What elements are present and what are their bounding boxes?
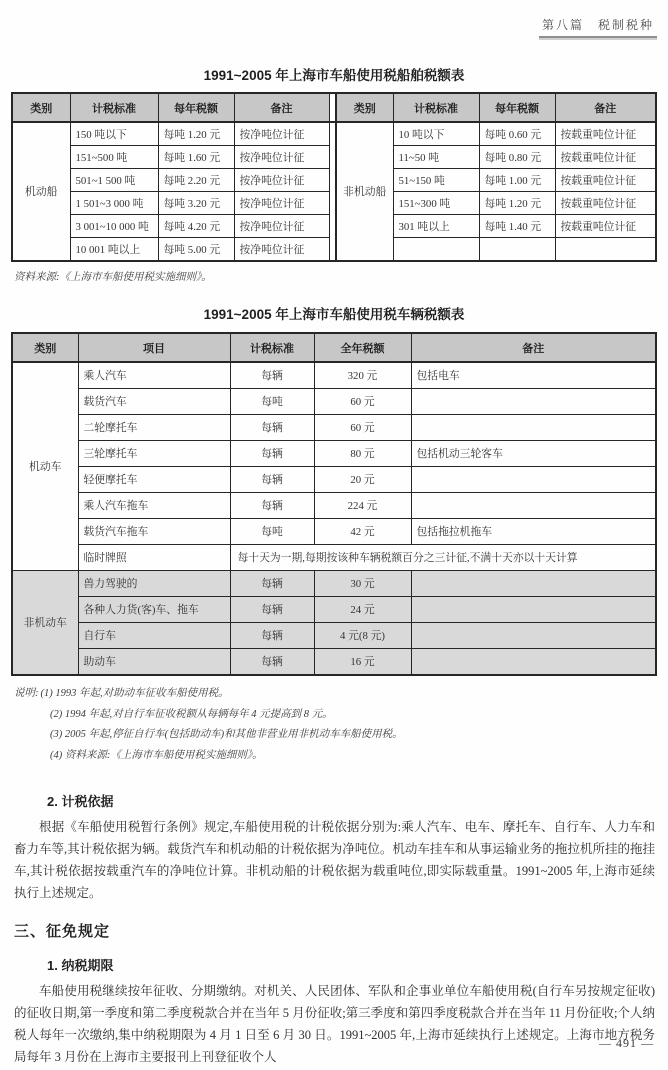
table-cell: 每吨 4.20 元 [158, 215, 234, 238]
table-cell: 包括电车 [411, 362, 656, 389]
table-cell: 轻便摩托车 [78, 467, 230, 493]
table-cell: 每吨 [230, 389, 314, 415]
table-cell: 320 元 [314, 362, 411, 389]
table-cell: 包括机动三轮客车 [411, 441, 656, 467]
table-cell: 每辆 [230, 597, 314, 623]
vehicle-table-header-row: 类别 项目 计税标准 全年税额 备注 [12, 333, 656, 362]
header-cell: 计税标准 [70, 93, 158, 122]
table-row: 轻便摩托车 每辆 20 元 [12, 467, 656, 493]
table-cell: 4 元(8 元) [314, 623, 411, 649]
header-cell: 计税标准 [393, 93, 479, 122]
table-cell: 3 001~10 000 吨 [70, 215, 158, 238]
section-label: 第八篇 税制税种 [539, 16, 657, 36]
table-cell: 兽力驾驶的 [78, 571, 230, 597]
header-cell: 备注 [555, 93, 656, 122]
table-cell: 501~1 500 吨 [70, 169, 158, 192]
table-cell [393, 238, 479, 262]
table-cell: 每辆 [230, 493, 314, 519]
table-cell: 11~50 吨 [393, 146, 479, 169]
table-cell: 包括拖拉机拖车 [411, 519, 656, 545]
table-cell: 按净吨位计征 [234, 215, 329, 238]
tax-basis-heading: 2. 计税依据 [47, 791, 657, 810]
table-row: 自行车 每辆 4 元(8 元) [12, 623, 656, 649]
table-cell: 临时牌照 [78, 545, 230, 571]
exemption-section-heading: 三、征免规定 [14, 920, 657, 941]
note-line: (2) 1994 年起,对自行车征收税额从每辆每年 4 元提高到 8 元。 [50, 705, 657, 726]
table-cell: 151~300 吨 [393, 192, 479, 215]
table-cell: 每吨 [230, 519, 314, 545]
table-cell: 按载重吨位计征 [555, 122, 656, 146]
table-cell: 载货汽车拖车 [78, 519, 230, 545]
table-cell: 载货汽车 [78, 389, 230, 415]
table-cell: 每辆 [230, 623, 314, 649]
table-cell: 乘人汽车 [78, 362, 230, 389]
notes-label: 说明: [14, 688, 41, 699]
table-divider [329, 122, 336, 261]
table-cell: 每吨 0.60 元 [479, 122, 555, 146]
header-cell: 每年税额 [479, 93, 555, 122]
table-cell: 二轮摩托车 [78, 415, 230, 441]
table-cell: 30 元 [314, 571, 411, 597]
category-cell: 非机动车 [12, 571, 78, 676]
header-cell: 每年税额 [158, 93, 234, 122]
table-cell: 按载重吨位计征 [555, 169, 656, 192]
table-cell: 乘人汽车拖车 [78, 493, 230, 519]
table-row: 三轮摩托车 每辆 80 元 包括机动三轮客车 [12, 441, 656, 467]
table-row: 载货汽车 每吨 60 元 [12, 389, 656, 415]
table-cell: 按净吨位计征 [234, 238, 329, 262]
table-row: 临时牌照 每十天为一期,每期按该种车辆税额百分之三计征,不满十天亦以十天计算 [12, 545, 656, 571]
table-notes: 说明:(1) 1993 年起,对助动车征收车船使用税。 (2) 1994 年起,… [14, 684, 657, 766]
vehicle-table-title: 1991~2005 年上海市车船使用税车辆税额表 [11, 303, 657, 323]
document-page: 第八篇 税制税种 1991~2005 年上海市车船使用税船舶税额表 类别 计税标… [0, 0, 668, 1070]
header-cell: 类别 [12, 333, 78, 362]
tax-period-paragraph: 车船使用税继续按年征收、分期缴纳。对机关、人民团体、军队和企事业单位车船使用税(… [14, 980, 655, 1068]
table-cell: 每吨 2.20 元 [158, 169, 234, 192]
category-cell: 非机动船 [336, 122, 393, 261]
table-cell: 1 501~3 000 吨 [70, 192, 158, 215]
table-row: 机动车 乘人汽车 每辆 320 元 包括电车 [12, 362, 656, 389]
table-cell: 自行车 [78, 623, 230, 649]
tax-basis-paragraph: 根据《车船使用税暂行条例》规定,车船使用税的计税依据分别为:乘人汽车、电车、摩托… [14, 816, 655, 904]
table-cell: 80 元 [314, 441, 411, 467]
table-cell: 每辆 [230, 649, 314, 676]
table-row: 二轮摩托车 每辆 60 元 [12, 415, 656, 441]
table-row: 载货汽车拖车 每吨 42 元 包括拖拉机拖车 [12, 519, 656, 545]
table-cell: 42 元 [314, 519, 411, 545]
table-cell: 每吨 5.00 元 [158, 238, 234, 262]
table-cell [411, 389, 656, 415]
table-cell: 51~150 吨 [393, 169, 479, 192]
table-cell: 按净吨位计征 [234, 122, 329, 146]
table-cell: 三轮摩托车 [78, 441, 230, 467]
vehicle-tax-table: 类别 项目 计税标准 全年税额 备注 机动车 乘人汽车 每辆 320 元 包括电… [11, 332, 657, 676]
header-cell: 项目 [78, 333, 230, 362]
table-cell: 按载重吨位计征 [555, 146, 656, 169]
table-cell [411, 623, 656, 649]
table-cell: 按载重吨位计征 [555, 192, 656, 215]
table-row: 机动船 150 吨以下 每吨 1.20 元 按净吨位计征 非机动船 10 吨以下… [12, 122, 656, 146]
table-cell: 每十天为一期,每期按该种车辆税额百分之三计征,不满十天亦以十天计算 [230, 545, 656, 571]
category-cell: 机动车 [12, 362, 78, 571]
table-cell: 16 元 [314, 649, 411, 676]
ship-tax-table: 类别 计税标准 每年税额 备注 类别 计税标准 每年税额 备注 机动船 150 … [11, 92, 657, 262]
header-cell: 备注 [411, 333, 656, 362]
table-cell: 24 元 [314, 597, 411, 623]
table-cell [479, 238, 555, 262]
table-cell: 每辆 [230, 415, 314, 441]
table-cell: 每吨 0.80 元 [479, 146, 555, 169]
table-cell: 224 元 [314, 493, 411, 519]
table-cell: 按载重吨位计征 [555, 215, 656, 238]
table-cell: 每吨 3.20 元 [158, 192, 234, 215]
table-cell [411, 597, 656, 623]
note-item: (1) 1993 年起,对助动车征收车船使用税。 [41, 688, 229, 699]
table-row: 非机动车 兽力驾驶的 每辆 30 元 [12, 571, 656, 597]
table-cell: 10 001 吨以上 [70, 238, 158, 262]
table-row: 助动车 每辆 16 元 [12, 649, 656, 676]
table-cell: 按净吨位计征 [234, 169, 329, 192]
table-cell: 每吨 1.20 元 [158, 122, 234, 146]
tax-period-heading: 1. 纳税期限 [47, 955, 657, 974]
table-cell: 10 吨以下 [393, 122, 479, 146]
table-cell [411, 571, 656, 597]
header-cell: 类别 [12, 93, 70, 122]
table-cell: 每辆 [230, 467, 314, 493]
table-cell [411, 415, 656, 441]
header-cell: 计税标准 [230, 333, 314, 362]
table-cell: 每吨 1.00 元 [479, 169, 555, 192]
category-cell: 机动船 [12, 122, 70, 261]
table-cell: 每辆 [230, 362, 314, 389]
page-number: — 491 — [599, 1036, 654, 1051]
note-line: (3) 2005 年起,停征自行车(包括助动车)和其他非营业用非机动车车船使用税… [50, 725, 657, 746]
table-cell: 151~500 吨 [70, 146, 158, 169]
table-cell: 每吨 1.60 元 [158, 146, 234, 169]
source-note: 资料来源:《上海市车船使用税实施细则》。 [14, 269, 657, 284]
table-cell: 每辆 [230, 571, 314, 597]
table-cell: 各种人力货(客)车、拖车 [78, 597, 230, 623]
table-cell: 按净吨位计征 [234, 192, 329, 215]
table-row: 乘人汽车拖车 每辆 224 元 [12, 493, 656, 519]
table-cell: 301 吨以上 [393, 215, 479, 238]
header-cell: 备注 [234, 93, 329, 122]
ship-table-header-row: 类别 计税标准 每年税额 备注 类别 计税标准 每年税额 备注 [12, 93, 656, 122]
table-cell: 60 元 [314, 415, 411, 441]
table-divider [329, 93, 336, 122]
table-cell: 每吨 1.40 元 [479, 215, 555, 238]
header-cell: 全年税额 [314, 333, 411, 362]
table-cell [555, 238, 656, 262]
table-cell: 20 元 [314, 467, 411, 493]
ship-table-title: 1991~2005 年上海市车船使用税船舶税额表 [11, 64, 657, 84]
table-cell: 按净吨位计征 [234, 146, 329, 169]
table-cell: 150 吨以下 [70, 122, 158, 146]
table-cell [411, 493, 656, 519]
table-cell [411, 649, 656, 676]
table-cell: 每吨 1.20 元 [479, 192, 555, 215]
page-header: 第八篇 税制税种 [11, 16, 657, 42]
note-line: 说明:(1) 1993 年起,对助动车征收车船使用税。 [50, 684, 657, 705]
header-cell: 类别 [336, 93, 393, 122]
table-cell: 60 元 [314, 389, 411, 415]
table-cell: 助动车 [78, 649, 230, 676]
table-cell: 每辆 [230, 441, 314, 467]
table-row: 各种人力货(客)车、拖车 每辆 24 元 [12, 597, 656, 623]
table-cell [411, 467, 656, 493]
note-line: (4) 资料来源:《上海市车船使用税实施细则》。 [50, 746, 657, 767]
